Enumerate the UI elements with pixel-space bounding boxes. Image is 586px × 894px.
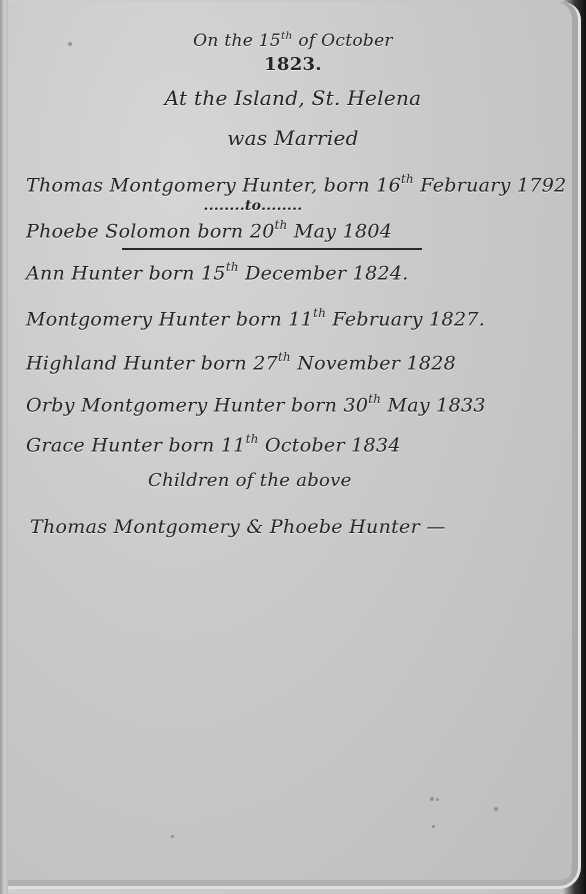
child-entry: Montgomery Hunter born 11th February 182…	[26, 306, 485, 330]
child-name-born: Grace Hunter born 11	[26, 434, 246, 456]
bride-entry: Phoebe Solomon born 20th May 1804	[26, 218, 392, 242]
child-entry: Grace Hunter born 11th October 1834	[26, 432, 401, 456]
child-name-born: Ann Hunter born 15	[26, 262, 226, 284]
ordinal-suffix: th	[368, 392, 381, 406]
child-entry: Highland Hunter born 27th November 1828	[26, 350, 456, 374]
header-place: At the Island, St. Helena	[0, 86, 586, 110]
paper-blemish	[436, 798, 439, 801]
child-name-born: Montgomery Hunter born 11	[26, 308, 313, 330]
ordinal-suffix: th	[278, 350, 291, 364]
header-date-prefix: On the 15	[193, 31, 281, 51]
header-year: 1823.	[0, 54, 586, 75]
bride-birthdate: May 1804	[288, 220, 393, 242]
child-name-born: Highland Hunter born 27	[26, 352, 278, 374]
header-date-suffix: of October	[293, 31, 393, 51]
paper-blemish	[171, 835, 174, 838]
groom-name: Thomas Montgomery Hunter, born 16	[26, 174, 401, 196]
groom-entry: Thomas Montgomery Hunter, born 16th Febr…	[26, 172, 567, 196]
ordinal-suffix: th	[246, 432, 259, 446]
child-name-born: Orby Montgomery Hunter born 30	[26, 394, 368, 416]
marriage-connector: ........to........	[0, 198, 546, 214]
ordinal-suffix: th	[226, 260, 239, 274]
paper-blemish	[494, 807, 498, 811]
header-event: was Married	[0, 126, 586, 150]
paper-blemish	[430, 797, 434, 801]
child-entry: Orby Montgomery Hunter born 30th May 183…	[26, 392, 486, 416]
child-birthdate: October 1834	[259, 434, 401, 456]
parents-line: Thomas Montgomery & Phoebe Hunter —	[30, 516, 446, 538]
children-caption: Children of the above	[148, 470, 352, 491]
groom-birthdate: February 1792	[414, 174, 567, 196]
ordinal-suffix: th	[401, 172, 414, 186]
ordinal-suffix: th	[313, 306, 326, 320]
header-date-line: On the 15th of October	[0, 30, 586, 51]
child-birthdate: February 1827.	[326, 308, 485, 330]
paper-blemish	[432, 825, 435, 828]
ordinal-suffix: th	[275, 218, 288, 232]
ordinal-suffix: th	[281, 30, 293, 42]
divider-rule	[122, 248, 422, 250]
bride-name: Phoebe Solomon born 20	[26, 220, 275, 242]
child-entry: Ann Hunter born 15th December 1824.	[26, 260, 409, 284]
child-birthdate: December 1824.	[239, 262, 409, 284]
child-birthdate: November 1828	[291, 352, 456, 374]
child-birthdate: May 1833	[381, 394, 486, 416]
